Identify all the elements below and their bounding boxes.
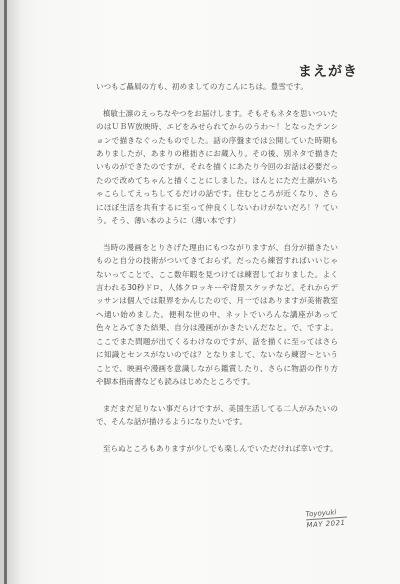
preface-body: いつもご贔屓の方も、初めましての方こんにちは。豊雪です。 槙敏士凛のえっちなやつ…: [96, 80, 338, 469]
paragraph-greeting: いつもご贔屓の方も、初めましての方こんにちは。豊雪です。: [96, 80, 338, 93]
paragraph-closing: 至らぬところもありますが少しでも楽しんでいただければ幸いです。: [96, 442, 338, 455]
paragraph-story-origin: 槙敏士凛のえっちなやつをお届けします。そもそもネタを思いついたのはＵＢＷ放映時、…: [96, 107, 338, 228]
signature-date: MAY 2021: [306, 518, 347, 531]
document-page: まえがき いつもご贔屓の方も、初めましての方こんにちは。豊雪です。 槙敏士凛のえ…: [0, 0, 400, 584]
paragraph-practice: 当時の漫画をとりさげた理由にもつながりますが、自分が描きたいものと自分の技術がつ…: [96, 241, 338, 388]
paragraph-aspiration: まだまだ足りない事だらけですが、美国生活してる二人がみたいので、そんな話が描ける…: [96, 402, 338, 429]
binding-shadow: [7, 0, 21, 584]
handwritten-signature: Toyoyuki MAY 2021: [305, 507, 347, 531]
page-heading: まえがき: [298, 61, 358, 81]
